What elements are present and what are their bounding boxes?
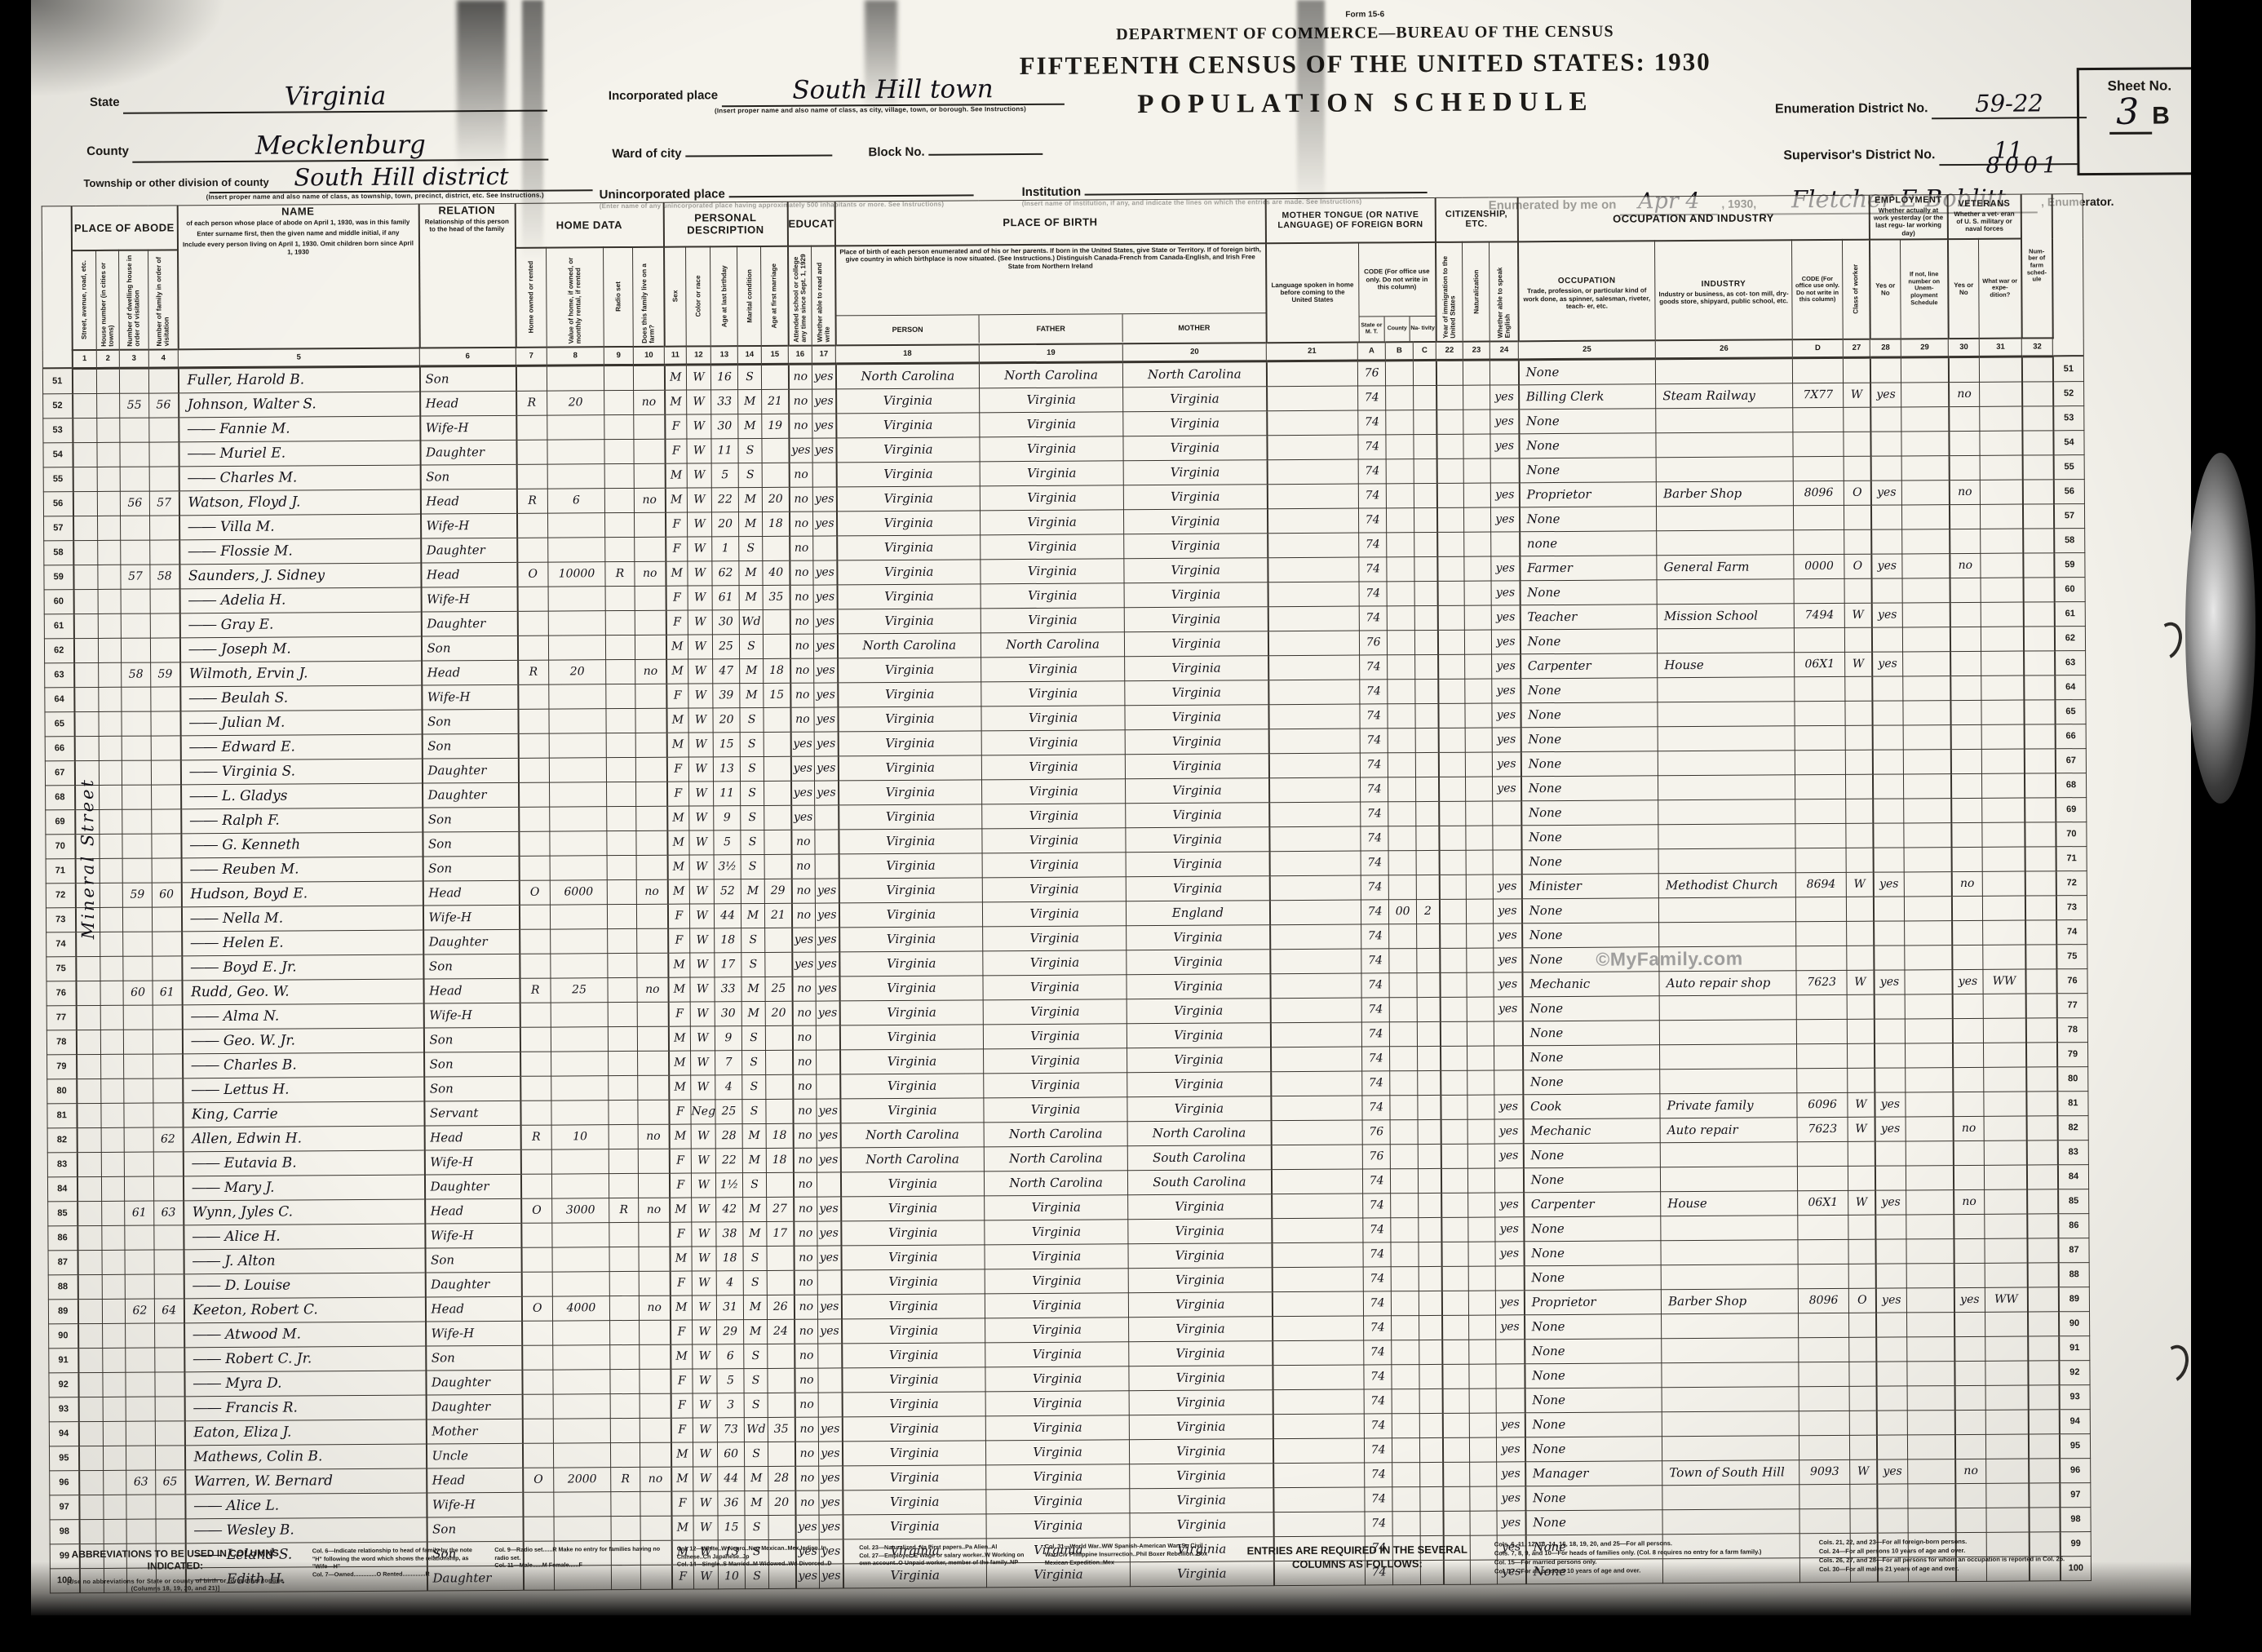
house-number-cell — [102, 1274, 125, 1299]
farm-cell — [635, 684, 666, 708]
institution-label: Institution — [1022, 185, 1082, 199]
radio-cell — [606, 684, 635, 708]
at-work-cell: yes — [1870, 481, 1901, 505]
street-cell — [78, 1323, 103, 1348]
class-of-worker-cell: W — [1848, 1190, 1875, 1215]
street-cell — [73, 516, 98, 540]
birthplace-father-cell: Virginia — [983, 999, 1127, 1025]
birthplace-person-cell: Virginia — [839, 829, 982, 854]
occupation-code-cell: 7494 — [1794, 603, 1844, 627]
dwelling-number-cell — [124, 1152, 153, 1176]
farm-cell — [634, 463, 665, 488]
age-first-marriage-cell — [766, 1099, 793, 1123]
race-cell: W — [688, 635, 712, 659]
veteran-cell: yes — [1952, 969, 1983, 994]
unemployment-line-cell — [1901, 382, 1949, 406]
birthplace-person-cell: Virginia — [839, 878, 982, 903]
mother-tongue-cell — [1272, 1169, 1363, 1194]
column-number: B — [1385, 342, 1413, 361]
sex-cell: M — [669, 1124, 691, 1149]
column-number: 20 — [1122, 343, 1266, 362]
occupation-code-cell: 6096 — [1797, 1092, 1848, 1117]
race-cell: W — [688, 757, 713, 782]
sex-cell: M — [670, 1198, 692, 1222]
age-cell: 33 — [711, 389, 738, 414]
immigration-year-cell — [1440, 899, 1467, 923]
owned-rented-cell — [517, 636, 548, 660]
name-cell: ―― Charles M. — [179, 465, 420, 491]
mother-tongue-cell — [1273, 1438, 1365, 1464]
home-value-cell — [550, 855, 607, 879]
read-write-cell: yes — [819, 1515, 843, 1539]
occupation-code-cell — [1799, 1362, 1849, 1386]
age-first-marriage-cell: 24 — [768, 1319, 795, 1344]
family-number-cell — [151, 687, 180, 711]
industry-cell — [1662, 1484, 1799, 1509]
sex-cell: F — [666, 512, 688, 537]
family-number-cell — [150, 613, 179, 638]
dwelling-number-column-header: Number of dwelling house in order of vis… — [119, 250, 149, 349]
mother-tongue-cell — [1272, 1291, 1363, 1317]
birthplace-mother-cell: Virginia — [1127, 949, 1270, 974]
birthplace-mother-cell: Virginia — [1127, 998, 1270, 1023]
family-number-cell — [155, 1446, 184, 1470]
industry-cell — [1658, 702, 1795, 727]
speak-english-cell — [1491, 532, 1520, 556]
occupation-code-cell: 7623 — [1797, 1117, 1848, 1141]
occupation-code-cell — [1798, 1239, 1848, 1264]
read-write-cell: yes — [816, 928, 839, 952]
farm-schedule-cell — [2026, 1140, 2057, 1165]
occupation-code-cell — [1795, 701, 1845, 725]
street-cell — [73, 467, 97, 491]
birthplace-mother-cell: Virginia — [1125, 753, 1268, 778]
census-table-body: 51 Fuller, Harold B. Son M W 16 S no yes… — [42, 356, 2091, 1592]
veteran-cell: no — [1953, 1116, 1984, 1140]
read-write-cell: yes — [819, 1466, 843, 1490]
code-b-cell — [1391, 1168, 1419, 1193]
birthplace-father-cell: Virginia — [985, 1293, 1128, 1318]
birthplace-father-cell: Virginia — [984, 1097, 1127, 1123]
line-number-left: 88 — [48, 1274, 77, 1299]
line-number-left: 81 — [47, 1103, 77, 1127]
at-work-cell — [1872, 725, 1903, 750]
dwelling-number-cell: 63 — [126, 1470, 156, 1495]
dwelling-number-cell — [120, 442, 149, 467]
farm-cell — [638, 1149, 669, 1173]
naturalization-cell — [1467, 1095, 1494, 1119]
radio-cell — [610, 1344, 640, 1369]
at-work-cell: yes — [1875, 1190, 1906, 1215]
war-expedition-cell: WW — [1985, 1287, 2028, 1312]
code-c-column-header: Na- tivity — [1410, 317, 1436, 341]
dwelling-number-cell — [125, 1250, 154, 1274]
home-value-cell: 6 — [547, 488, 604, 512]
birthplace-father-cell: Virginia — [985, 1391, 1129, 1416]
age-cell: 73 — [717, 1417, 744, 1442]
radio-cell — [605, 537, 635, 561]
family-number-cell — [150, 540, 179, 565]
code-c-cell — [1415, 752, 1438, 777]
marital-cell: M — [741, 903, 764, 928]
line-number-right: 88 — [2058, 1262, 2089, 1287]
farm-cell — [639, 1222, 670, 1247]
owned-rented-cell: R — [518, 660, 549, 684]
occupation-cell: None — [1521, 800, 1658, 826]
age-first-marriage-cell: 18 — [764, 658, 790, 683]
veteran-cell — [1950, 529, 1981, 553]
veteran-cell — [1950, 651, 1981, 675]
home-value-cell — [549, 733, 606, 757]
dwelling-number-cell: 60 — [123, 981, 153, 1005]
read-write-cell: yes — [813, 634, 837, 658]
radio-cell — [604, 365, 633, 390]
birthplace-father-cell: Virginia — [985, 1269, 1128, 1294]
name-cell: ―― Francis R. — [184, 1395, 426, 1421]
code-note: CODE (For office use only. Do not write … — [1359, 243, 1436, 317]
street-cell — [77, 1103, 101, 1127]
home-value-cell — [553, 1369, 610, 1393]
relation-cell: Daughter — [424, 1174, 520, 1199]
birthplace-person-cell: Virginia — [841, 1171, 985, 1197]
at-work-cell: yes — [1877, 1459, 1908, 1484]
race-cell: W — [691, 1149, 715, 1173]
birthplace-father-cell: Virginia — [982, 779, 1126, 804]
naturalization-cell — [1470, 1511, 1497, 1535]
veteran-cell — [1954, 1238, 1985, 1263]
class-of-worker-cell — [1848, 1141, 1875, 1166]
farm-schedule-cell — [2022, 382, 2053, 406]
at-work-cell — [1870, 432, 1901, 456]
occupation-cell: None — [1519, 409, 1656, 434]
naturalization-cell — [1467, 1021, 1494, 1046]
class-of-worker-cell: W — [1846, 872, 1873, 897]
sex-cell: M — [668, 953, 690, 977]
age-cell: 1½ — [715, 1172, 742, 1197]
unemployment-line-cell — [1906, 1018, 1953, 1043]
birthplace-mother-cell: Virginia — [1129, 1316, 1273, 1341]
name-cell: Eaton, Eliza J. — [184, 1419, 426, 1446]
class-of-worker-cell — [1848, 1068, 1875, 1092]
line-number-left: 54 — [43, 442, 73, 467]
occupation-code-cell: 06X1 — [1798, 1190, 1848, 1215]
occupation-code-cell: 8096 — [1793, 481, 1844, 505]
street-cell — [78, 1397, 103, 1421]
race-cell: W — [692, 1271, 716, 1295]
school-cell: no — [795, 1368, 818, 1393]
relation-cell: Head — [424, 1125, 520, 1150]
farm-cell — [637, 928, 668, 953]
race-cell: W — [689, 782, 714, 806]
column-number: 1 — [72, 350, 96, 369]
farm-cell — [639, 1271, 670, 1295]
naturalization-cell — [1470, 1462, 1497, 1486]
house-number-cell — [100, 883, 122, 907]
read-write-cell: yes — [818, 1319, 842, 1344]
line-number-left: 83 — [47, 1152, 77, 1176]
war-expedition-cell — [1981, 700, 2024, 724]
dwelling-number-cell — [123, 956, 153, 981]
immigration-year-cell — [1436, 458, 1463, 483]
immigration-year-cell — [1436, 385, 1463, 410]
sex-cell: F — [671, 1393, 693, 1418]
code-c-cell — [1419, 1364, 1442, 1388]
speak-english-cell — [1494, 1021, 1522, 1046]
unemployment-line-cell — [1906, 1263, 1954, 1287]
mother-tongue-cell — [1271, 1145, 1362, 1170]
marital-cell: M — [738, 414, 762, 438]
birthplace-mother-cell: Virginia — [1126, 826, 1269, 852]
farm-cell: no — [634, 488, 665, 512]
veteran-cell — [1955, 1508, 1986, 1532]
family-number-cell: 57 — [149, 491, 179, 516]
age-cell: 5 — [711, 463, 738, 487]
birthplace-mother-cell: Virginia — [1125, 729, 1268, 754]
industry-cell: General Farm — [1657, 555, 1794, 580]
entries-required-col-1: Cols. 6, 11, 12, 13, 14, 16, 18, 19, 20,… — [1494, 1538, 1804, 1575]
abbreviations-columns: Col. 6—Indicate relationship to head of … — [312, 1543, 1030, 1579]
code-a-cell: 74 — [1363, 1267, 1391, 1291]
relation-cell: Son — [426, 1345, 522, 1371]
farm-cell: no — [640, 1467, 671, 1491]
birthplace-father-cell: Virginia — [980, 608, 1124, 633]
code-c-cell — [1417, 948, 1440, 972]
age-cell: 17 — [715, 952, 741, 977]
family-number-cell — [154, 1225, 184, 1250]
unemployment-line-cell — [1908, 1508, 1955, 1532]
code-a-cell: 76 — [1357, 361, 1385, 386]
mother-tongue-cell — [1270, 1022, 1361, 1047]
line-number-right: 79 — [2057, 1042, 2088, 1066]
family-number-cell — [151, 736, 180, 760]
farm-cell — [636, 782, 667, 806]
unemployment-line-cell — [1906, 1214, 1954, 1238]
age-cell: 39 — [713, 683, 740, 707]
occupation-cell: None — [1522, 996, 1659, 1021]
war-expedition-cell — [1985, 1165, 2027, 1189]
school-cell: yes — [792, 952, 816, 977]
dwelling-number-cell: 59 — [122, 883, 152, 907]
code-a-cell: 74 — [1362, 1096, 1390, 1120]
school-cell: no — [793, 1050, 817, 1074]
name-cell: ―― Eutavia B. — [183, 1150, 424, 1176]
column-number: 18 — [835, 344, 979, 364]
dwelling-number-cell — [120, 418, 149, 442]
age-cell: 20 — [713, 707, 740, 732]
house-number-column-header: House number (in cities or towns) — [96, 250, 120, 350]
mother-tongue-cell — [1267, 386, 1358, 411]
home-value-column-header: Value of home, if owned, or monthly rent… — [547, 247, 604, 347]
code-a-column-header: State or M. T. — [1359, 317, 1385, 341]
farm-schedule-cell — [2025, 773, 2056, 798]
radio-cell — [608, 1026, 637, 1051]
line-number-left: 72 — [46, 883, 75, 907]
code-c-cell: 2 — [1417, 899, 1440, 923]
radio-cell — [606, 708, 635, 733]
line-number-right: 55 — [2053, 454, 2084, 479]
at-work-cell — [1875, 1239, 1906, 1264]
speak-english-cell: yes — [1494, 972, 1522, 997]
owned-rented-cell — [522, 1394, 553, 1419]
farm-schedule-cell — [2025, 994, 2056, 1018]
birthplace-person-cell: Virginia — [838, 731, 981, 756]
incorporated-label: Incorporated place — [609, 88, 718, 103]
naturalization-cell — [1468, 1266, 1495, 1291]
school-cell: no — [790, 683, 814, 707]
farm-schedule-cell — [2023, 553, 2054, 578]
immigration-column-header: Year of immigration to the United States — [1436, 241, 1463, 341]
birthplace-person-cell: Virginia — [841, 1294, 985, 1319]
sex-cell: F — [666, 537, 688, 561]
owned-rented-cell — [521, 1247, 552, 1272]
occupation-code-cell — [1794, 505, 1844, 529]
farm-cell — [640, 1418, 671, 1442]
farm-cell — [638, 1173, 669, 1198]
abbrev-col-9-11: Col. 9—Radio set......R Make no entry fo… — [494, 1545, 666, 1578]
occupation-cell: Teacher — [1520, 605, 1657, 630]
line-number-left: 78 — [46, 1030, 76, 1054]
unemployment-line-cell — [1908, 1483, 1955, 1508]
line-number-right: 76 — [2056, 968, 2087, 993]
unemployment-line-cell — [1905, 969, 1952, 994]
radio-cell — [611, 1491, 640, 1516]
relation-cell: Son — [419, 365, 516, 392]
code-a-cell: 74 — [1361, 875, 1388, 900]
veteran-cell — [1950, 675, 1981, 700]
column-number: 28 — [1870, 339, 1901, 357]
farm-schedule-cell — [2026, 1043, 2057, 1067]
relation-cell: Wife-H — [426, 1321, 522, 1346]
immigration-year-cell — [1436, 434, 1463, 458]
veteran-cell — [1953, 1092, 1984, 1116]
code-b-cell — [1392, 1462, 1420, 1486]
industry-cell — [1656, 457, 1793, 482]
code-b-cell — [1390, 1070, 1418, 1095]
age-first-marriage-cell — [766, 1050, 793, 1074]
marital-cell: S — [742, 1050, 766, 1074]
occupation-cell: None — [1525, 1486, 1662, 1511]
home-value-cell: 25 — [551, 977, 608, 1002]
street-cell — [77, 1078, 101, 1103]
relation-column-header: RELATION Relationship of this person to … — [418, 203, 516, 348]
house-number-cell — [100, 907, 122, 932]
unemployment-line-cell — [1908, 1434, 1955, 1459]
entries-required-col-2: Cols. 21, 22, and 23—For all foreign-bor… — [1819, 1536, 2129, 1574]
war-expedition-cell — [1984, 1116, 2026, 1140]
speak-english-cell: yes — [1492, 630, 1521, 654]
birthplace-person-cell: Virginia — [841, 1245, 985, 1270]
code-c-cell — [1418, 1144, 1441, 1168]
age-cell: 13 — [713, 756, 740, 781]
immigration-year-cell — [1438, 630, 1465, 654]
home-value-cell: 6000 — [550, 879, 607, 904]
dwelling-number-cell — [124, 1127, 153, 1152]
township-field: Township or other division of county Sou… — [83, 162, 622, 202]
naturalization-cell — [1468, 1291, 1495, 1315]
dwelling-number-cell — [124, 1103, 153, 1127]
age-cell: 1 — [712, 536, 739, 560]
dwelling-number-cell — [126, 1446, 155, 1470]
speak-english-cell: yes — [1493, 777, 1521, 801]
code-c-cell — [1420, 1486, 1443, 1511]
relation-cell: Son — [420, 464, 516, 489]
veteran-cell — [1954, 1263, 1985, 1287]
age-first-marriage-cell: 18 — [766, 1123, 793, 1148]
relation-cell: Head — [425, 1296, 521, 1322]
industry-cell — [1658, 775, 1795, 800]
naturalization-cell — [1468, 1242, 1495, 1266]
mother-tongue-cell — [1268, 606, 1359, 631]
family-number-cell — [150, 638, 179, 662]
township-label: Township or other division of county — [83, 177, 206, 189]
class-of-worker-cell — [1849, 1386, 1876, 1411]
class-of-worker-cell: W — [1845, 652, 1872, 676]
dwelling-number-cell — [121, 516, 150, 540]
owned-rented-cell: R — [520, 1125, 551, 1149]
birthplace-father-cell: North Carolina — [979, 362, 1122, 388]
occupation-cell: None — [1524, 1265, 1661, 1291]
birthplace-mother-cell: Virginia — [1123, 386, 1267, 411]
line-number-left: 58 — [44, 540, 73, 565]
at-work-cell — [1873, 799, 1904, 823]
school-cell: yes — [792, 928, 816, 952]
abbrev-col-31: Col. 31—World War..WW Spanish-American W… — [1045, 1542, 1220, 1568]
birthplace-mother-cell: Virginia — [1126, 777, 1269, 803]
birthplace-mother-cell: Virginia — [1130, 1487, 1273, 1512]
age-cell: 28 — [715, 1123, 742, 1148]
birthplace-father-cell: Virginia — [985, 1195, 1128, 1220]
code-a-cell: 74 — [1363, 1242, 1391, 1267]
class-of-worker-cell — [1845, 676, 1872, 701]
occupation-cell: None — [1525, 1314, 1662, 1340]
read-write-cell: yes — [819, 1442, 843, 1466]
unemployment-line-cell — [1901, 406, 1949, 431]
farm-cell — [640, 1344, 671, 1369]
class-of-worker-cell — [1845, 725, 1872, 750]
occupation-cell: None — [1520, 580, 1657, 605]
farm-cell: no — [636, 879, 667, 904]
code-a-cell: 74 — [1364, 1365, 1392, 1389]
family-number-cell — [154, 1274, 184, 1299]
code-c-cell — [1414, 532, 1437, 556]
code-c-cell — [1419, 1291, 1441, 1315]
speak-english-cell: yes — [1494, 1095, 1523, 1119]
birthplace-father-cell: Virginia — [982, 877, 1126, 902]
immigration-year-cell — [1442, 1388, 1469, 1413]
state-field: State Virginia — [90, 81, 547, 114]
class-of-worker-cell — [1850, 1508, 1877, 1533]
code-b-cell — [1390, 1046, 1418, 1070]
birthplace-mother-cell: Virginia — [1124, 557, 1268, 582]
column-number: 6 — [419, 348, 516, 366]
birthplace-person-cell: Virginia — [843, 1490, 986, 1515]
birthplace-person-cell: Virginia — [843, 1441, 986, 1466]
dwelling-number-cell — [124, 1054, 153, 1078]
immigration-year-cell — [1440, 972, 1467, 997]
code-a-cell: 74 — [1363, 1194, 1391, 1218]
mother-tongue-cell — [1269, 802, 1361, 827]
birthplace-mother-cell: Virginia — [1123, 484, 1267, 509]
code-a-cell: 74 — [1361, 949, 1389, 973]
line-number-left: 57 — [44, 516, 73, 540]
sex-cell: F — [669, 1100, 691, 1124]
sex-cell: M — [669, 1075, 691, 1100]
sex-cell: F — [669, 1173, 691, 1198]
code-b-cell — [1385, 360, 1413, 385]
war-expedition-cell — [1982, 822, 2025, 847]
family-number-cell — [149, 467, 179, 491]
occupation-code-cell — [1794, 578, 1844, 603]
